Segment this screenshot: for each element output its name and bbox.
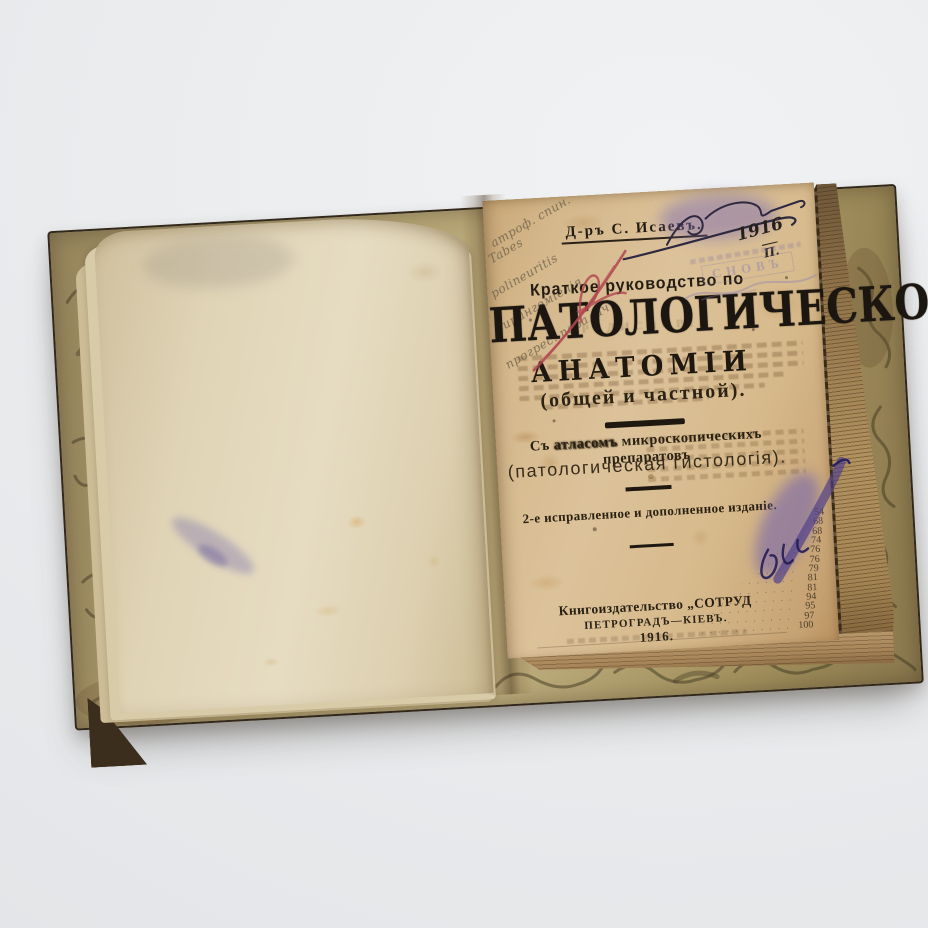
title-page: ПРЕДИСЛОВІЕ атроф. спин. Tabes polineuri… — [482, 183, 839, 659]
photo-background: ПРЕДИСЛОВІЕ атроф. спин. Tabes polineuri… — [0, 0, 928, 928]
thick-rule — [605, 418, 685, 428]
purple-ink-signature-bottom — [735, 453, 859, 611]
open-book: ПРЕДИСЛОВІЕ атроф. спин. Tabes polineuri… — [35, 145, 910, 751]
stain-speck — [752, 328, 755, 331]
double-rule — [625, 485, 671, 492]
stain-speck — [553, 419, 556, 422]
stain-speck — [593, 527, 597, 531]
purple-ink-smudge — [166, 509, 261, 583]
gray-smudge — [142, 232, 295, 292]
blank-left-page — [93, 212, 493, 714]
